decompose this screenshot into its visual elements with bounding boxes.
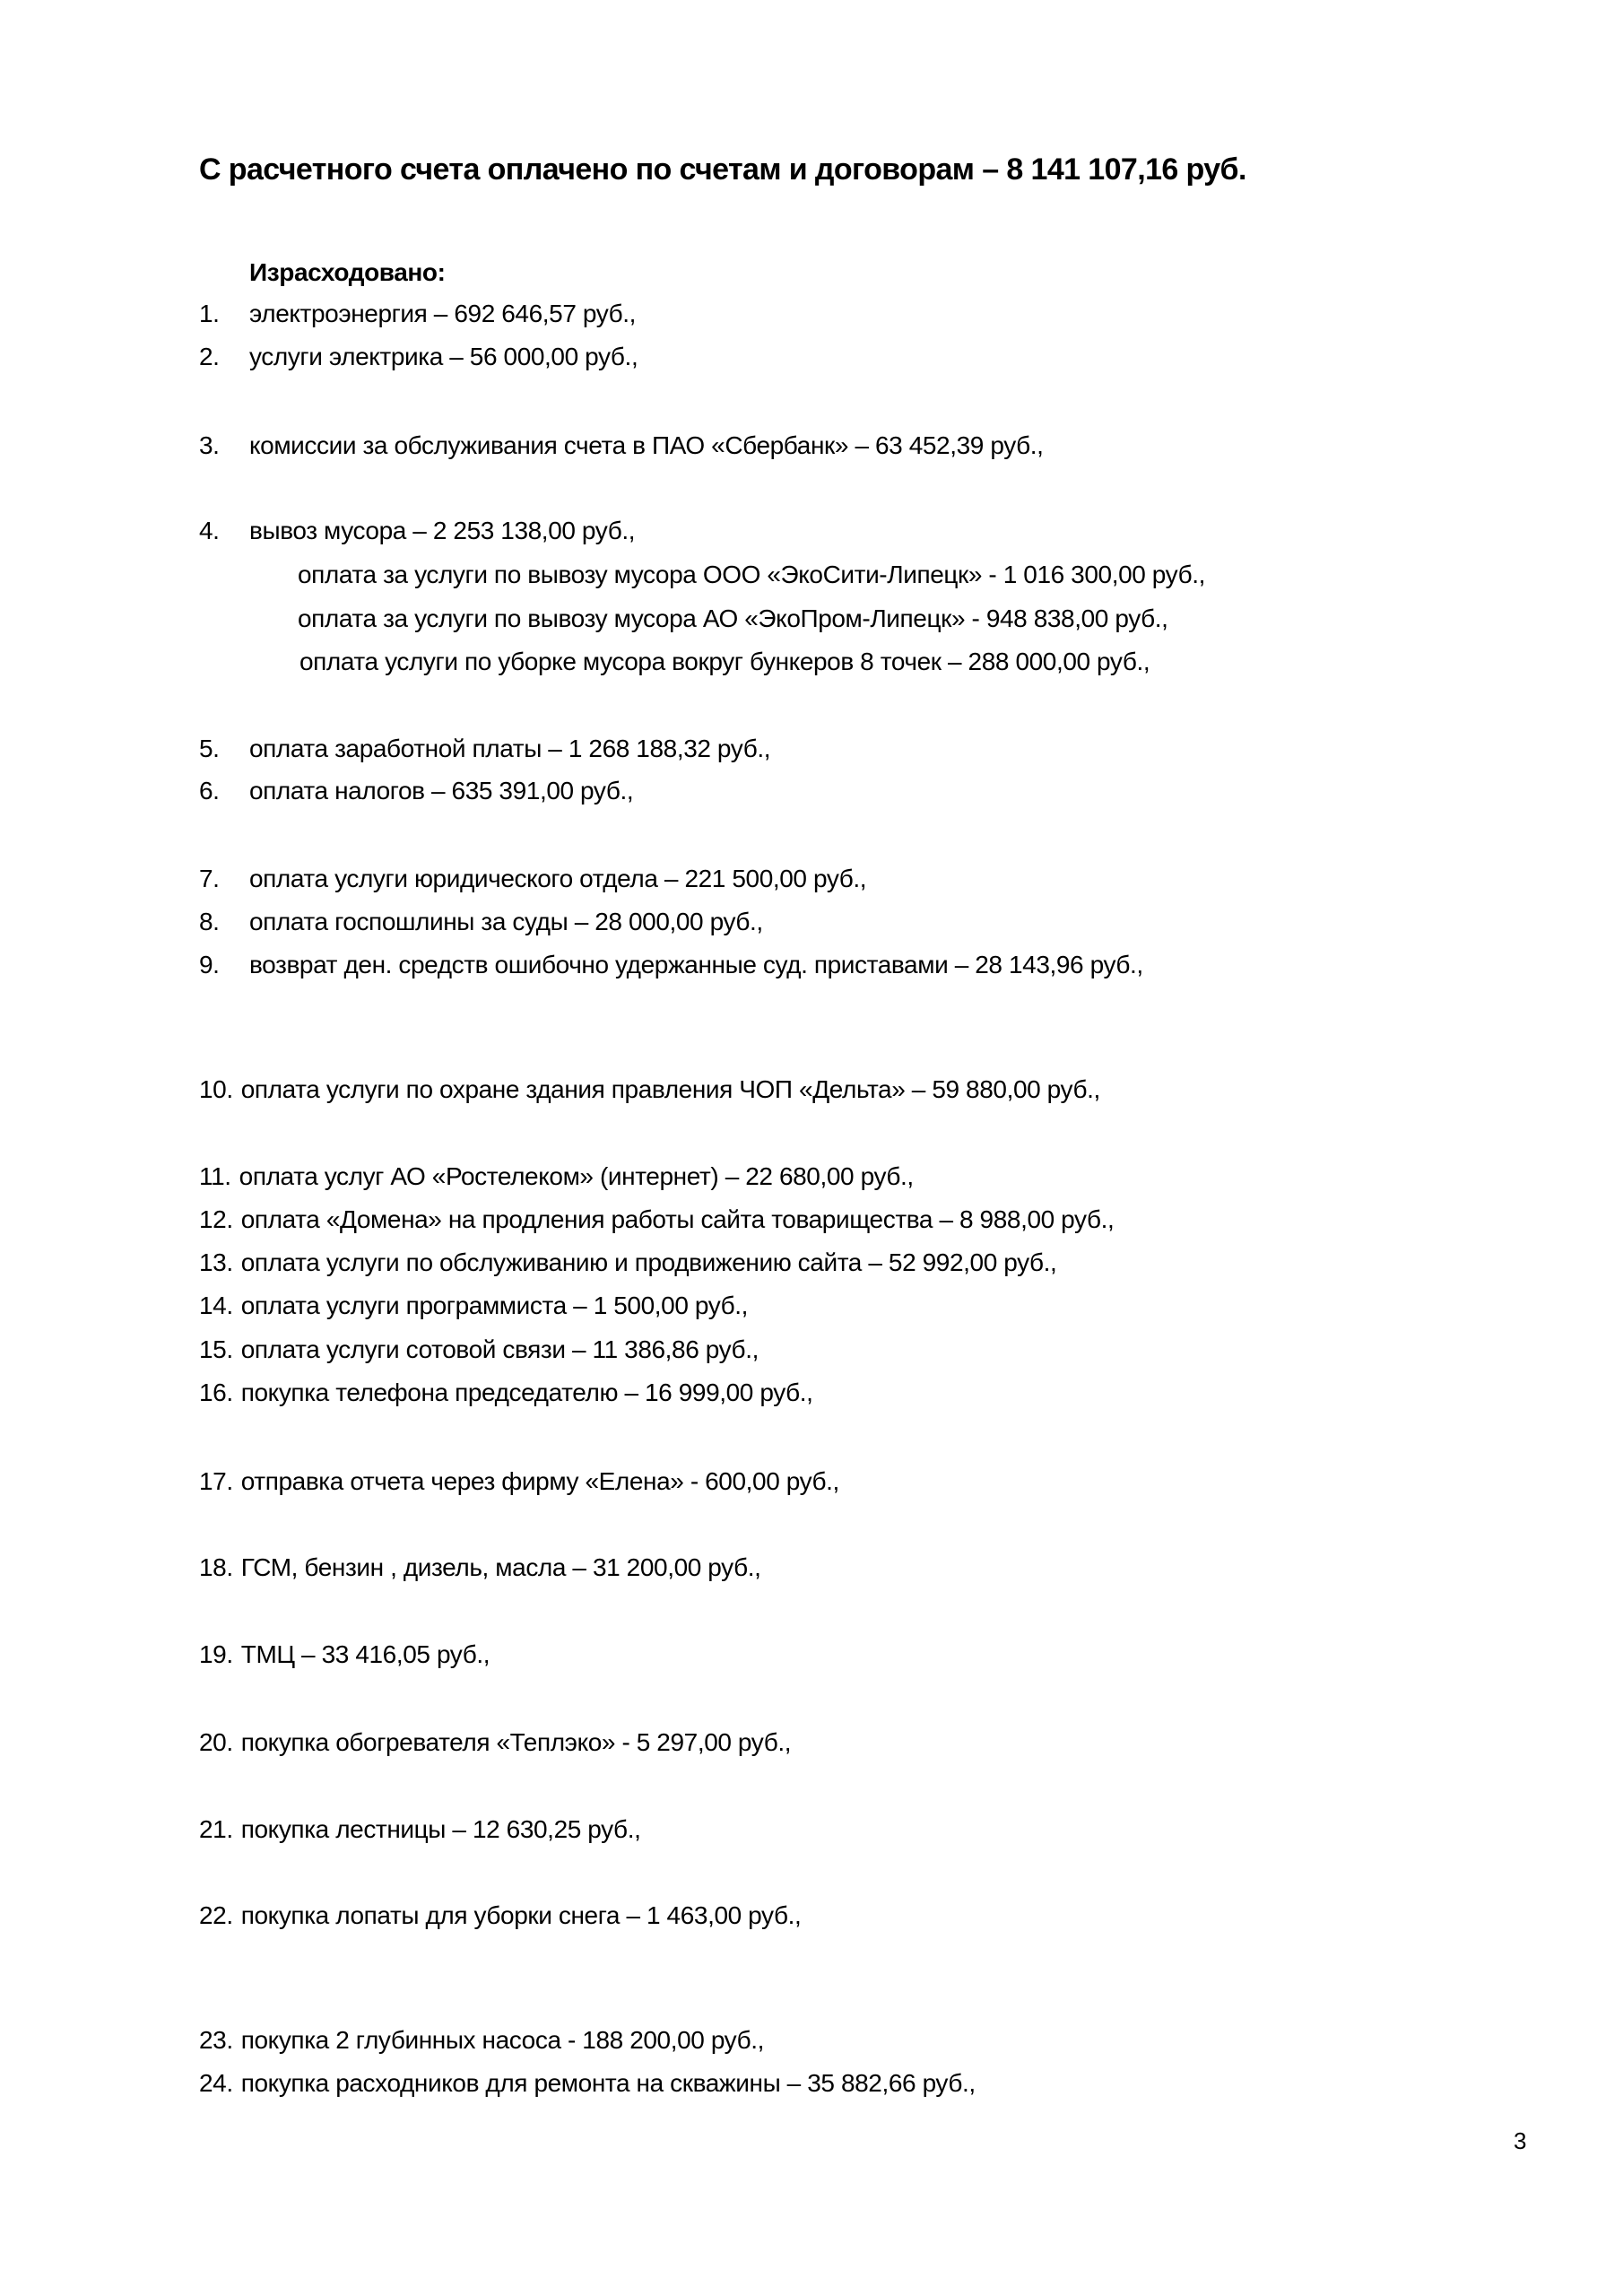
- item-number: 4.: [199, 513, 249, 549]
- item-text: электроэнергия – 692 646,57 руб.,: [249, 300, 636, 327]
- item-number: 15.: [199, 1332, 233, 1368]
- item-number: 1.: [199, 296, 249, 332]
- item-number: 8.: [199, 904, 249, 940]
- list-item: 22.покупка лопаты для уборки снега – 1 4…: [199, 1898, 801, 1934]
- item-text: оплата услуги по обслуживанию и продвиже…: [241, 1248, 1057, 1276]
- list-item: 19.ТМЦ – 33 416,05 руб.,: [199, 1637, 490, 1673]
- item-number: 21.: [199, 1812, 233, 1848]
- item-number: 17.: [199, 1464, 233, 1500]
- item-text: оплата госпошлины за суды – 28 000,00 ру…: [249, 908, 763, 935]
- item-text: вывоз мусора – 2 253 138,00 руб.,: [249, 517, 635, 544]
- item-number: 14.: [199, 1288, 233, 1324]
- list-item: 2.услуги электрика – 56 000,00 руб.,: [199, 339, 638, 375]
- list-item: 9.возврат ден. средств ошибочно удержанн…: [199, 947, 1143, 983]
- list-item: 20.покупка обогревателя «Теплэко» - 5 29…: [199, 1725, 791, 1761]
- section-heading: Израсходовано:: [249, 258, 446, 287]
- list-item: 23.покупка 2 глубинных насоса - 188 200,…: [199, 2022, 764, 2058]
- list-item: 3.комиссии за обслуживания счета в ПАО «…: [199, 428, 1044, 464]
- list-item: 5.оплата заработной платы – 1 268 188,32…: [199, 731, 770, 767]
- item-number: 20.: [199, 1725, 233, 1761]
- list-item: 4.вывоз мусора – 2 253 138,00 руб.,: [199, 513, 635, 549]
- sub-list-item: оплата услуги по уборке мусора вокруг бу…: [299, 644, 1150, 680]
- item-text: оплата услуги сотовой связи – 11 386,86 …: [241, 1335, 759, 1363]
- sub-list-item: оплата за услуги по вывозу мусора АО «Эк…: [298, 601, 1168, 637]
- item-number: 16.: [199, 1375, 233, 1411]
- item-text: возврат ден. средств ошибочно удержанные…: [249, 951, 1143, 978]
- item-number: 9.: [199, 947, 249, 983]
- item-number: 18.: [199, 1550, 233, 1586]
- item-text: оплата услуг АО «Ростелеком» (интернет) …: [239, 1162, 914, 1190]
- item-text: ТМЦ – 33 416,05 руб.,: [241, 1640, 490, 1668]
- item-text: покупка лестницы – 12 630,25 руб.,: [241, 1815, 641, 1843]
- item-number: 7.: [199, 861, 249, 897]
- list-item: 12.оплата «Домена» на продления работы с…: [199, 1202, 1114, 1238]
- list-item: 16.покупка телефона председателю – 16 99…: [199, 1375, 813, 1411]
- item-text: покупка 2 глубинных насоса - 188 200,00 …: [241, 2026, 764, 2054]
- item-number: 23.: [199, 2022, 233, 2058]
- item-text: оплата услуги по охране здания правления…: [241, 1075, 1100, 1103]
- list-item: 7.оплата услуги юридического отдела – 22…: [199, 861, 866, 897]
- item-text: отправка отчета через фирму «Елена» - 60…: [241, 1467, 839, 1495]
- item-number: 24.: [199, 2066, 233, 2101]
- item-number: 22.: [199, 1898, 233, 1934]
- item-text: покупка телефона председателю – 16 999,0…: [241, 1378, 813, 1406]
- list-item: 6.оплата налогов – 635 391,00 руб.,: [199, 773, 633, 809]
- document-page: С расчетного счета оплачено по счетам и …: [0, 0, 1623, 2296]
- item-number: 13.: [199, 1245, 233, 1281]
- item-number: 12.: [199, 1202, 233, 1238]
- item-number: 19.: [199, 1637, 233, 1673]
- item-text: оплата «Домена» на продления работы сайт…: [241, 1205, 1115, 1233]
- item-number: 5.: [199, 731, 249, 767]
- list-item: 13.оплата услуги по обслуживанию и продв…: [199, 1245, 1056, 1281]
- item-text: оплата налогов – 635 391,00 руб.,: [249, 777, 633, 804]
- item-number: 6.: [199, 773, 249, 809]
- page-number: 3: [1514, 2127, 1526, 2155]
- list-item: 21.покупка лестницы – 12 630,25 руб.,: [199, 1812, 640, 1848]
- list-item: 1.электроэнергия – 692 646,57 руб.,: [199, 296, 636, 332]
- list-item: 24.покупка расходников для ремонта на ск…: [199, 2066, 976, 2101]
- list-item: 8.оплата госпошлины за суды – 28 000,00 …: [199, 904, 763, 940]
- list-item: 15.оплата услуги сотовой связи – 11 386,…: [199, 1332, 759, 1368]
- item-number: 10.: [199, 1072, 233, 1108]
- item-text: покупка обогревателя «Теплэко» - 5 297,0…: [241, 1728, 791, 1756]
- item-text: ГСМ, бензин , дизель, масла – 31 200,00 …: [241, 1553, 761, 1581]
- sub-list-item: оплата за услуги по вывозу мусора ООО «Э…: [298, 557, 1205, 593]
- item-number: 2.: [199, 339, 249, 375]
- item-text: комиссии за обслуживания счета в ПАО «Сб…: [249, 431, 1044, 459]
- item-text: оплата заработной платы – 1 268 188,32 р…: [249, 735, 770, 762]
- list-item: 17.отправка отчета через фирму «Елена» -…: [199, 1464, 839, 1500]
- document-title: С расчетного счета оплачено по счетам и …: [199, 152, 1246, 187]
- list-item: 10.оплата услуги по охране здания правле…: [199, 1072, 1100, 1108]
- item-text: оплата услуги программиста – 1 500,00 ру…: [241, 1291, 748, 1319]
- item-number: 11.: [199, 1159, 231, 1195]
- list-item: 14.оплата услуги программиста – 1 500,00…: [199, 1288, 748, 1324]
- item-text: покупка расходников для ремонта на скваж…: [241, 2069, 976, 2097]
- item-text: услуги электрика – 56 000,00 руб.,: [249, 343, 638, 370]
- item-number: 3.: [199, 428, 249, 464]
- list-item: 18.ГСМ, бензин , дизель, масла – 31 200,…: [199, 1550, 760, 1586]
- item-text: покупка лопаты для уборки снега – 1 463,…: [241, 1901, 802, 1929]
- item-text: оплата услуги юридического отдела – 221 …: [249, 865, 866, 892]
- list-item: 11.оплата услуг АО «Ростелеком» (интерне…: [199, 1159, 914, 1195]
